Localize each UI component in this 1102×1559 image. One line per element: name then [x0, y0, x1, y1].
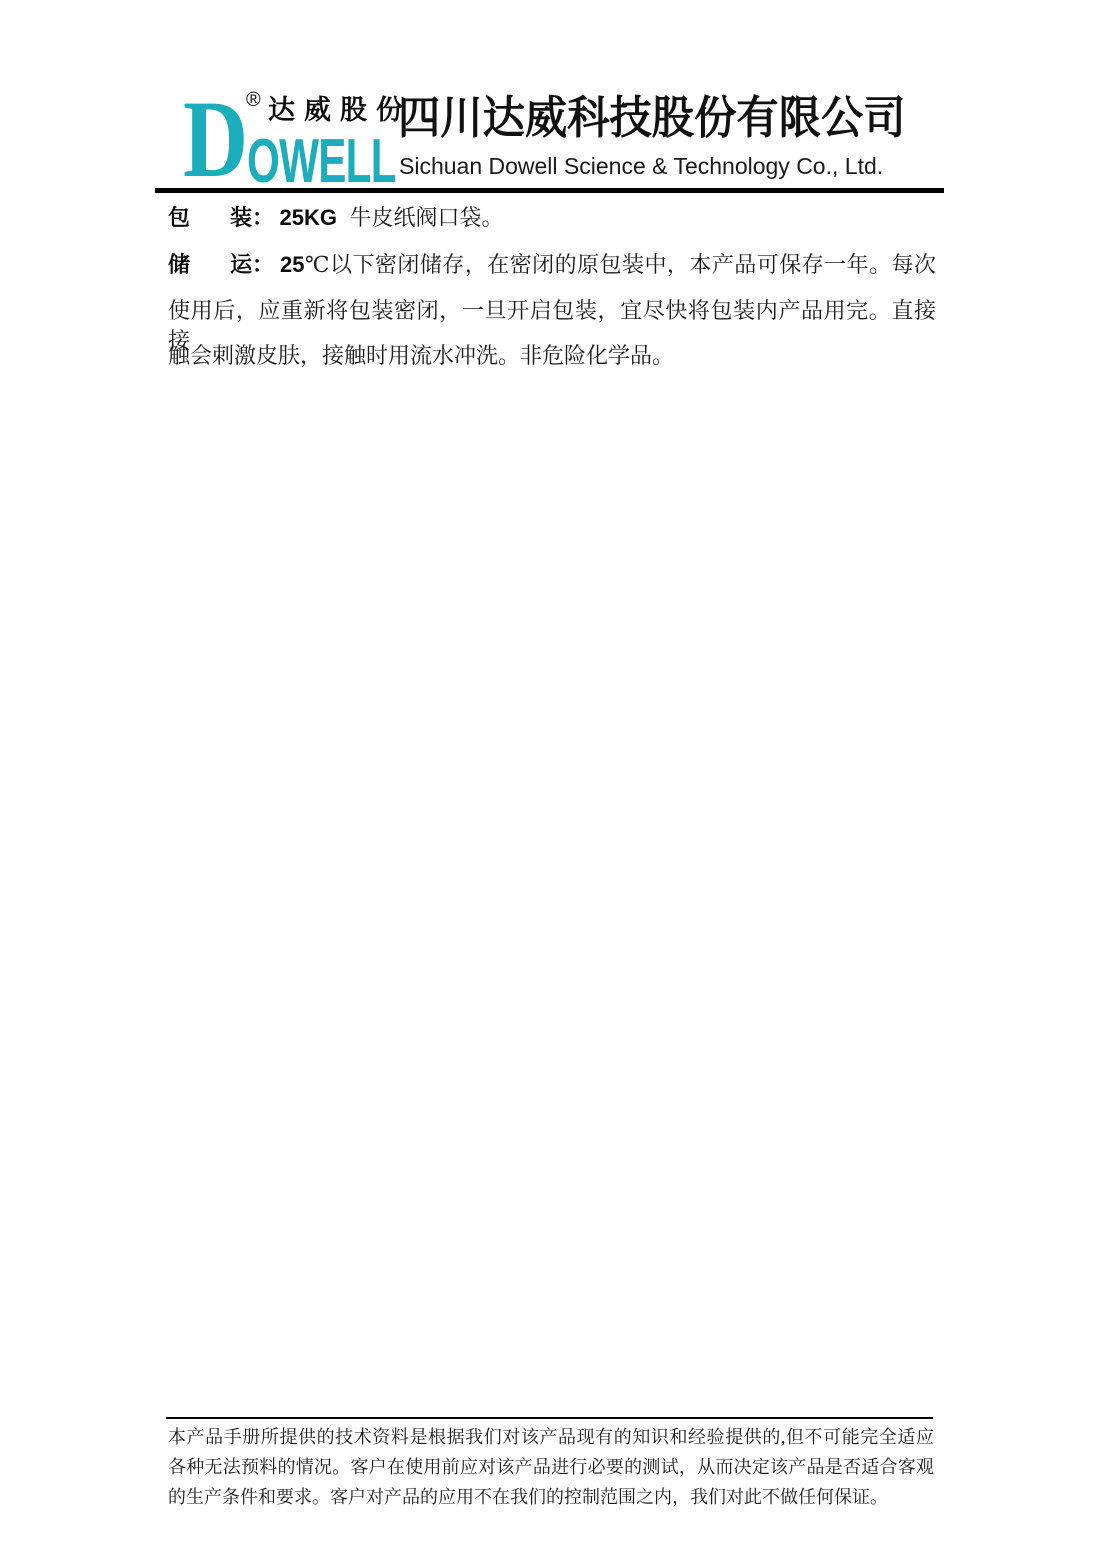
storage-line-3: 触会刺激皮肤，接触时用流水冲洗。非危险化学品。 [168, 341, 936, 371]
storage-label: 储 运： [168, 250, 274, 280]
packaging-line: 包 装： 25KG 牛皮纸阀口袋。 [168, 203, 936, 233]
logo-wordmark: OWELL [247, 131, 396, 193]
packaging-weight-value: 25KG [280, 205, 337, 230]
company-name-chinese: 四川达威科技股份有限公司 [398, 93, 906, 143]
logo-chinese-name: 达威股份 [268, 96, 412, 126]
storage-label-char2: 运： [230, 250, 274, 280]
disclaimer-line-1: 本产品手册所提供的技术资料是根据我们对该产品现有的知识和经验提供的,但不可能完全… [168, 1425, 934, 1449]
registered-trademark-icon: ® [246, 90, 261, 110]
storage-description-line1: 以下密闭储存，在密闭的原包装中，本产品可保存一年。每次 [330, 252, 936, 277]
storage-label-char1: 储 [168, 250, 190, 280]
packaging-label-char1: 包 [168, 203, 190, 233]
disclaimer-line-2: 各种无法预料的情况。客户在使用前应对该产品进行必要的测试，从而决定该产品是否适合… [168, 1455, 934, 1479]
disclaimer-line-3: 的生产条件和要求。客户对产品的应用不在我们的控制范围之内，我们对此不做任何保证。 [168, 1485, 934, 1509]
packaging-label-char2: 装： [230, 203, 274, 233]
logo-d-letter: D [183, 84, 248, 194]
company-name-english: Sichuan Dowell Science & Technology Co.,… [399, 153, 883, 181]
footer-divider [166, 1417, 933, 1419]
document-page: D ® 达威股份 OWELL 四川达威科技股份有限公司 Sichuan Dowe… [0, 0, 1102, 1559]
storage-line-1: 储 运： 25℃以下密闭储存，在密闭的原包装中，本产品可保存一年。每次 [168, 250, 936, 280]
storage-temperature-value: 25 [280, 252, 304, 277]
packaging-description: 牛皮纸阀口袋。 [349, 205, 503, 230]
storage-temperature-unit: ℃ [304, 252, 330, 277]
packaging-label: 包 装： [168, 203, 274, 233]
header-divider [155, 188, 944, 193]
